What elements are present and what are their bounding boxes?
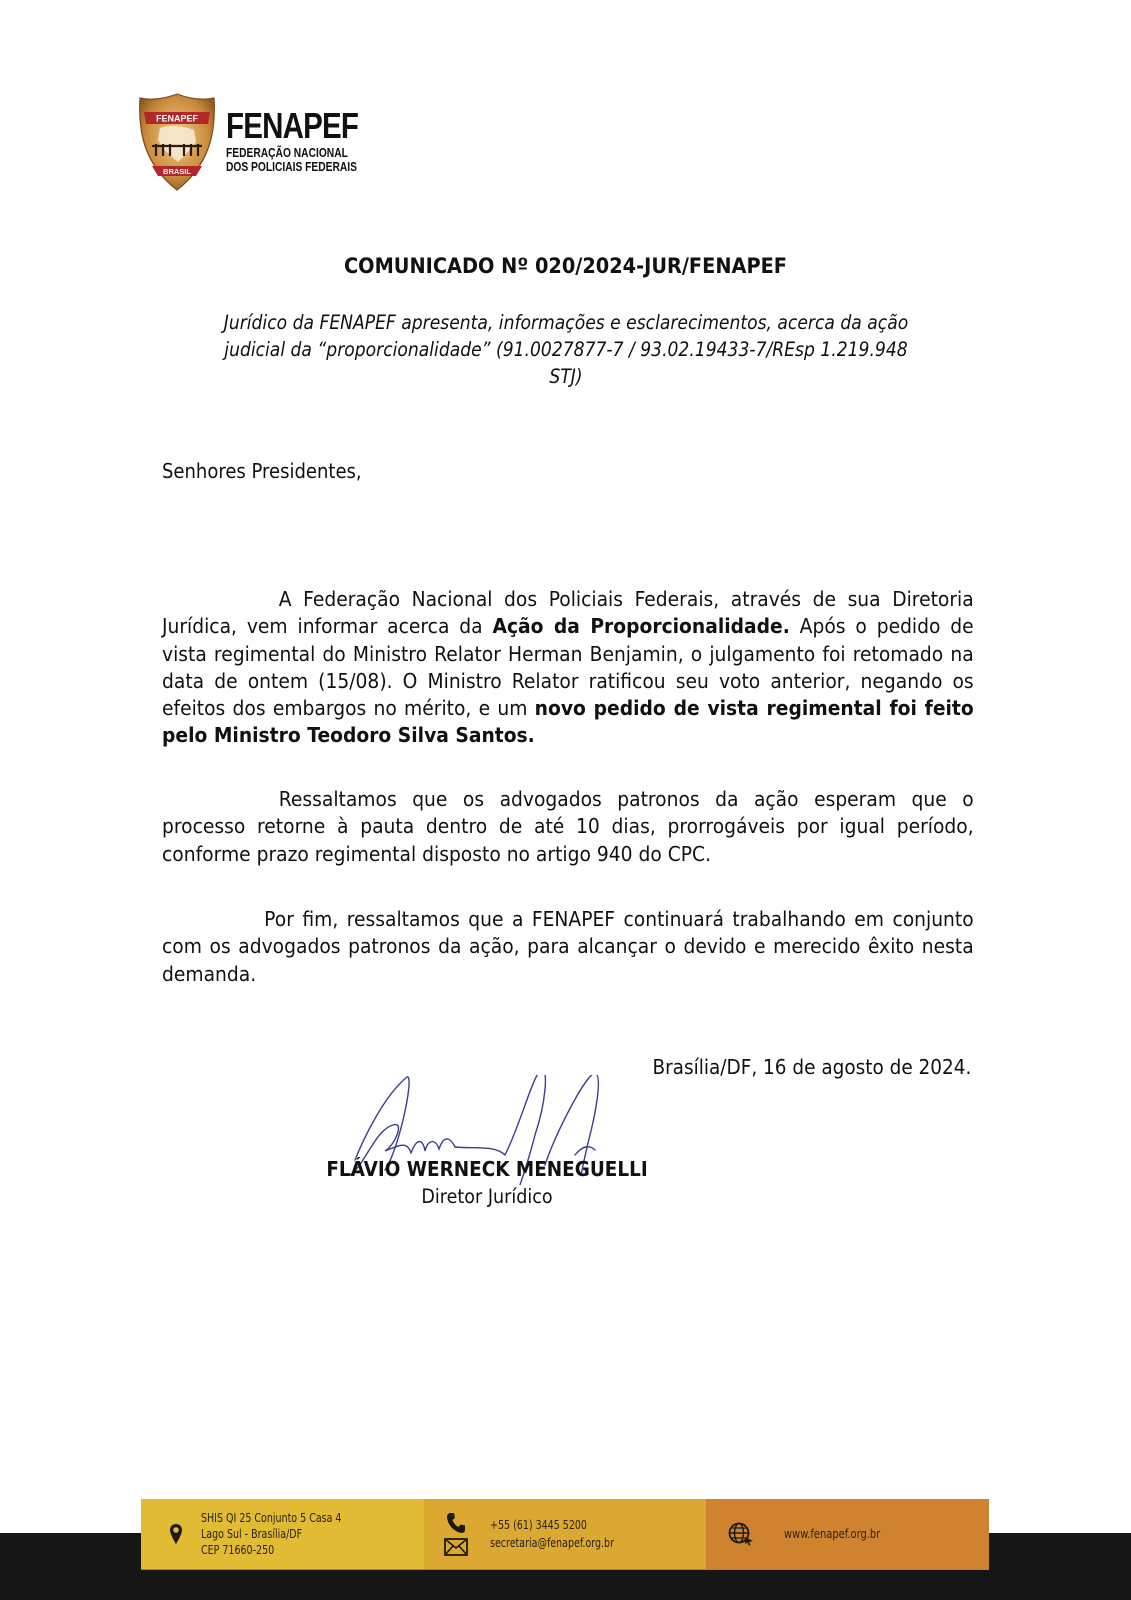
address-line-2: Lago Sul - Brasília/DF [201,1526,341,1542]
contact-footer: SHIS QI 25 Conjunto 5 Casa 4 Lago Sul - … [141,1499,989,1569]
envelope-icon [444,1538,468,1556]
fenapef-badge-icon: FENAPEF BRASIL [138,92,216,192]
phone-number[interactable]: +55 (61) 3445 5200 [490,1517,614,1533]
website-link[interactable]: www.fenapef.org.br [784,1526,880,1542]
footer-contact-cell: +55 (61) 3445 5200 secretaria@fenapef.or… [424,1499,706,1569]
org-full-name-line1: FEDERAÇÃO NACIONAL [226,146,358,160]
svg-text:BRASIL: BRASIL [163,167,191,176]
footer-address-cell: SHIS QI 25 Conjunto 5 Casa 4 Lago Sul - … [141,1499,424,1569]
bold-action-name: Ação da Proporcionalidade. [492,614,789,638]
svg-text:FENAPEF: FENAPEF [156,114,199,124]
map-pin-icon [161,1523,191,1545]
email-address[interactable]: secretaria@fenapef.org.br [490,1535,614,1551]
paragraph-1: A Federação Nacional dos Policiais Feder… [162,586,974,750]
phone-icon [446,1512,466,1534]
document-title: COMUNICADO Nº 020/2024-JUR/FENAPEF [45,254,1086,278]
footer-web-cell: www.fenapef.org.br [706,1499,989,1569]
address-line-1: SHIS QI 25 Conjunto 5 Casa 4 [201,1510,341,1526]
org-name: FENAPEF [226,106,358,146]
greeting: Senhores Presidentes, [162,459,362,483]
fenapef-logo: FENAPEF BRASIL FENAPEF FEDERAÇÃO NACIONA… [138,92,387,192]
signer-name: FLÁVIO WERNECK MENEGUELLI [317,1157,657,1181]
signer-role: Diretor Jurídico [321,1185,654,1208]
address-line-3: CEP 71660-250 [201,1542,341,1558]
paragraph-2: Ressaltamos que os advogados patronos da… [162,786,974,868]
globe-cursor-icon [728,1522,754,1546]
place-date: Brasília/DF, 16 de agosto de 2024. [652,1055,971,1079]
paragraph-3: Por fim, ressaltamos que a FENAPEF conti… [162,906,974,988]
org-full-name-line2: DOS POLICIAIS FEDERAIS [226,160,358,174]
document-subtitle: Jurídico da FENAPEF apresenta, informaçõ… [209,309,924,390]
